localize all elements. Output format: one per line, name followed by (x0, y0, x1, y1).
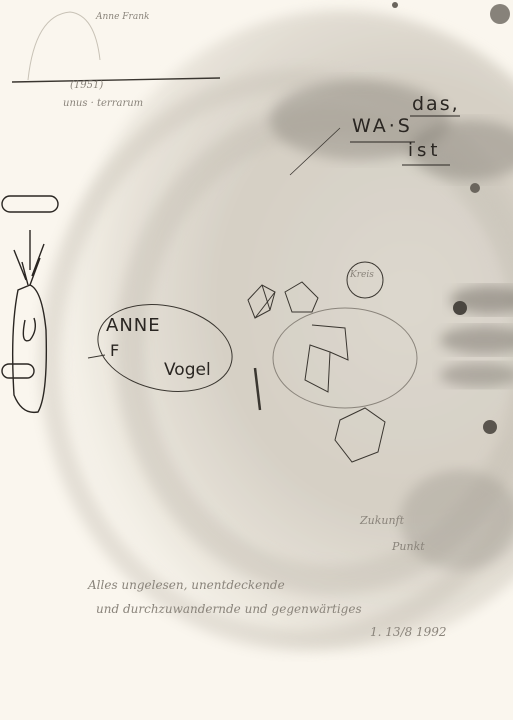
text-date: 1. 13/8 1992 (370, 625, 447, 639)
text-inscription-line2: und durchzuwandernde und gegenwärtiges (96, 602, 362, 616)
text-anne: ANNE (106, 315, 161, 336)
text-vogel: Vogel (164, 360, 211, 380)
text-zukunft: Zukunft (360, 514, 404, 527)
text-das: das, (412, 93, 460, 115)
artwork-canvas: das, WA·S ist ANNE F Vogel (1951) unus ·… (0, 0, 513, 720)
text-f: F (110, 341, 119, 360)
text-inscription-line1: Alles ungelesen, unentdeckende (88, 578, 285, 592)
text-small-note: unus · terrarum (63, 98, 143, 109)
text-was: WA·S (352, 115, 413, 137)
text-circle-note: Kreis (350, 270, 374, 280)
text-year-note: (1951) (70, 80, 103, 91)
text-top-note: Anne Frank (96, 12, 149, 22)
text-ist: ist (408, 140, 441, 161)
text-punkt: Punkt (392, 540, 425, 553)
